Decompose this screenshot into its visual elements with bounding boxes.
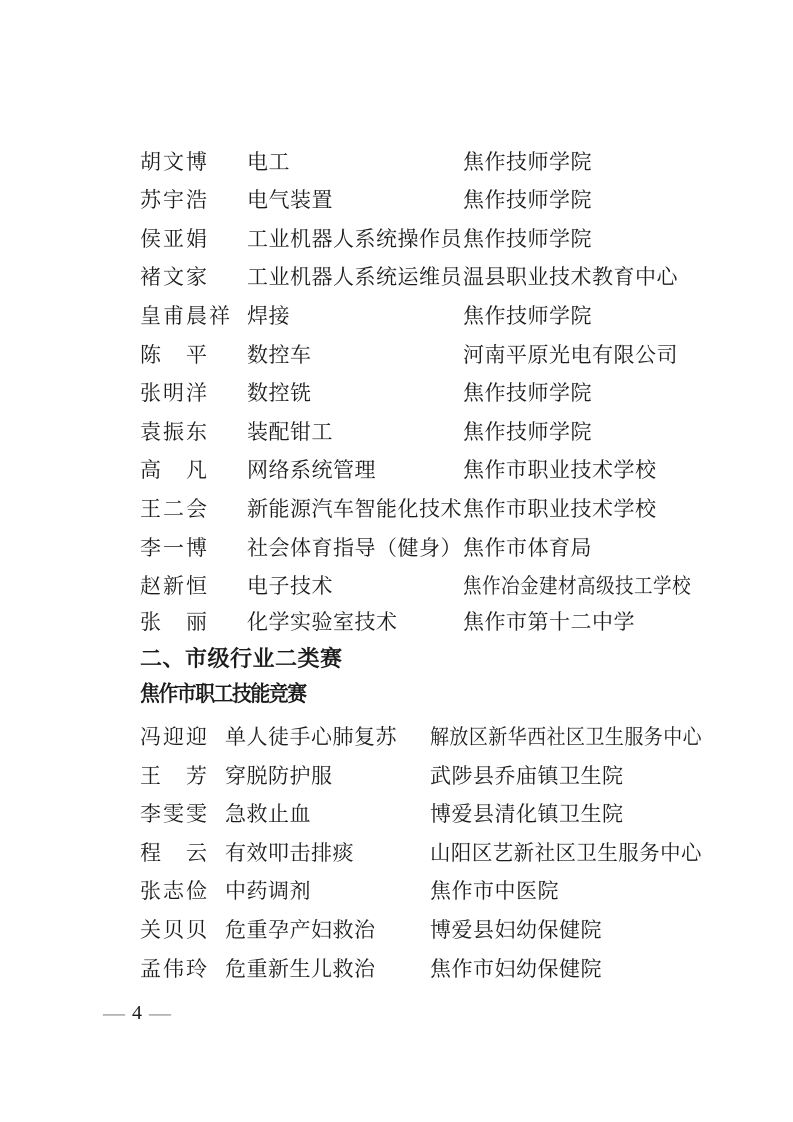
skill-cell: 危重新生儿救治 [225, 950, 376, 988]
name-cell: 冯迎迎 [140, 718, 209, 756]
table-row: 孟伟玲 危重新生儿救治 焦作市妇幼保健院 [0, 950, 793, 988]
organization-cell: 博爱县妇幼保健院 [430, 911, 602, 949]
table-row: 张明洋 数控铣 焦作技师学院 [0, 374, 793, 412]
table-row: 李雯雯 急救止血 博爱县清化镇卫生院 [0, 795, 793, 833]
table-row: 袁振东 装配钳工 焦作技师学院 [0, 413, 793, 451]
table-row: 张 丽 化学实验室技术 焦作市第十二中学 [0, 603, 793, 641]
footer-page-num: 4 [132, 1002, 142, 1025]
name-cell: 侯亚娟 [140, 220, 209, 258]
organization-cell: 焦作技师学院 [463, 413, 592, 451]
name-cell: 高 凡 [140, 451, 209, 489]
skill-cell: 电工 [247, 143, 290, 181]
skill-cell: 电子技术 [247, 567, 333, 605]
skill-cell: 穿脱防护服 [225, 757, 333, 795]
organization-cell: 焦作市妇幼保健院 [430, 950, 602, 988]
name-cell: 张志俭 [140, 872, 209, 910]
table-row: 程 云 有效叩击排痰 山阳区艺新社区卫生服务中心 [0, 834, 793, 872]
table-row: 皇甫晨祥 焊接 焦作技师学院 [0, 297, 793, 335]
organization-cell: 河南平原光电有限公司 [463, 336, 678, 374]
skill-cell: 工业机器人系统运维员 [247, 258, 462, 296]
name-cell: 皇甫晨祥 [140, 297, 232, 335]
organization-cell: 焦作市职业技术学校 [463, 451, 657, 489]
table-row: 王二会 新能源汽车智能化技术 焦作市职业技术学校 [0, 490, 793, 528]
organization-cell: 博爱县清化镇卫生院 [430, 795, 624, 833]
name-cell: 王 芳 [140, 757, 209, 795]
organization-cell: 焦作市职业技术学校 [463, 490, 657, 528]
skill-cell: 中药调剂 [225, 872, 311, 910]
table-row: 苏宇浩 电气装置 焦作技师学院 [0, 181, 793, 219]
table-row: 冯迎迎 单人徒手心肺复苏 解放区新华西社区卫生服务中心 [0, 718, 793, 756]
skill-cell: 焊接 [247, 297, 290, 335]
name-cell: 褚文家 [140, 258, 209, 296]
name-cell: 李一博 [140, 529, 209, 567]
skill-cell: 危重孕产妇救治 [225, 911, 376, 949]
table-row: 李一博 社会体育指导（健身） 焦作市体育局 [0, 529, 793, 567]
organization-cell: 焦作市体育局 [463, 529, 592, 567]
name-cell: 孟伟玲 [140, 950, 209, 988]
table-row: 张志俭 中药调剂 焦作市中医院 [0, 872, 793, 910]
organization-cell: 焦作市中医院 [430, 872, 559, 910]
name-cell: 关贝贝 [140, 911, 209, 949]
footer-left-dash: — [103, 994, 125, 1032]
skill-cell: 化学实验室技术 [247, 603, 398, 641]
name-cell: 张明洋 [140, 374, 209, 412]
organization-cell: 解放区新华西社区卫生服务中心 [430, 718, 702, 756]
table-row: 陈 平 数控车 河南平原光电有限公司 [0, 336, 793, 374]
name-cell: 赵新恒 [140, 567, 209, 605]
skill-cell: 网络系统管理 [247, 451, 376, 489]
table-row: 胡文博 电工 焦作技师学院 [0, 143, 793, 181]
skill-cell: 新能源汽车智能化技术 [247, 490, 462, 528]
organization-cell: 焦作技师学院 [463, 181, 592, 219]
skill-cell: 社会体育指导（健身） [247, 529, 462, 567]
document-page: 胡文博 电工 焦作技师学院 苏宇浩 电气装置 焦作技师学院 侯亚娟 工业机器人系… [0, 0, 793, 1122]
organization-cell: 焦作技师学院 [463, 297, 592, 335]
skill-cell: 电气装置 [247, 181, 333, 219]
name-cell: 陈 平 [140, 336, 209, 374]
skill-cell: 数控车 [247, 336, 312, 374]
organization-cell: 焦作技师学院 [463, 143, 592, 181]
skill-cell: 数控铣 [247, 374, 312, 412]
skill-cell: 单人徒手心肺复苏 [225, 718, 397, 756]
page-number: — 4 — [103, 994, 171, 1032]
table-row: 王 芳 穿脱防护服 武陟县乔庙镇卫生院 [0, 757, 793, 795]
skill-cell: 有效叩击排痰 [225, 834, 354, 872]
organization-cell: 焦作技师学院 [463, 220, 592, 258]
name-cell: 王二会 [140, 490, 209, 528]
organization-cell: 山阳区艺新社区卫生服务中心 [430, 834, 702, 872]
name-cell: 袁振东 [140, 413, 209, 451]
footer-right-dash: — [149, 994, 171, 1032]
skill-cell: 装配钳工 [247, 413, 333, 451]
organization-cell: 焦作冶金建材高级技工学校 [463, 567, 691, 605]
table-row: 高 凡 网络系统管理 焦作市职业技术学校 [0, 451, 793, 489]
name-cell: 胡文博 [140, 143, 209, 181]
organization-cell: 温县职业技术教育中心 [463, 258, 678, 296]
skill-cell: 急救止血 [225, 795, 311, 833]
organization-cell: 武陟县乔庙镇卫生院 [430, 757, 624, 795]
table-row: 侯亚娟 工业机器人系统操作员 焦作技师学院 [0, 220, 793, 258]
section-heading: 二、市级行业二类赛 [140, 640, 343, 678]
name-cell: 李雯雯 [140, 795, 209, 833]
name-cell: 张 丽 [140, 603, 209, 641]
skill-cell: 工业机器人系统操作员 [247, 220, 462, 258]
table-row: 赵新恒 电子技术 焦作冶金建材高级技工学校 [0, 567, 793, 605]
organization-cell: 焦作市第十二中学 [463, 603, 635, 641]
table-row: 关贝贝 危重孕产妇救治 博爱县妇幼保健院 [0, 911, 793, 949]
name-cell: 程 云 [140, 834, 209, 872]
competition-title: 焦作市职工技能竞赛 [140, 675, 306, 713]
organization-cell: 焦作技师学院 [463, 374, 592, 412]
name-cell: 苏宇浩 [140, 181, 209, 219]
table-row: 褚文家 工业机器人系统运维员 温县职业技术教育中心 [0, 258, 793, 296]
